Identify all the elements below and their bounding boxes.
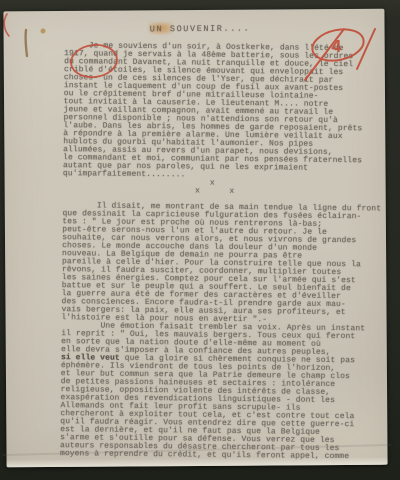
scanned-document: UN SOUVENIR.... Je me souviens d'un soir…: [0, 0, 400, 480]
paragraph-3: Une émotion faisait trembler sa voix. Ap…: [60, 322, 381, 461]
document-body: Je me souviens d'un soir, à Oostkerke, d…: [60, 42, 384, 461]
document-title: UN SOUVENIR....: [10, 23, 391, 36]
document-page: UN SOUVENIR.... Je me souviens d'un soir…: [3, 9, 387, 468]
paragraph-2: Il disait, me montrant de sa main tendue…: [61, 202, 382, 325]
paragraph-1: Je me souviens d'un soir, à Oostkerke, d…: [63, 42, 384, 181]
text-line: moyens à reprendre du crédit, et qu'ils …: [60, 450, 380, 461]
